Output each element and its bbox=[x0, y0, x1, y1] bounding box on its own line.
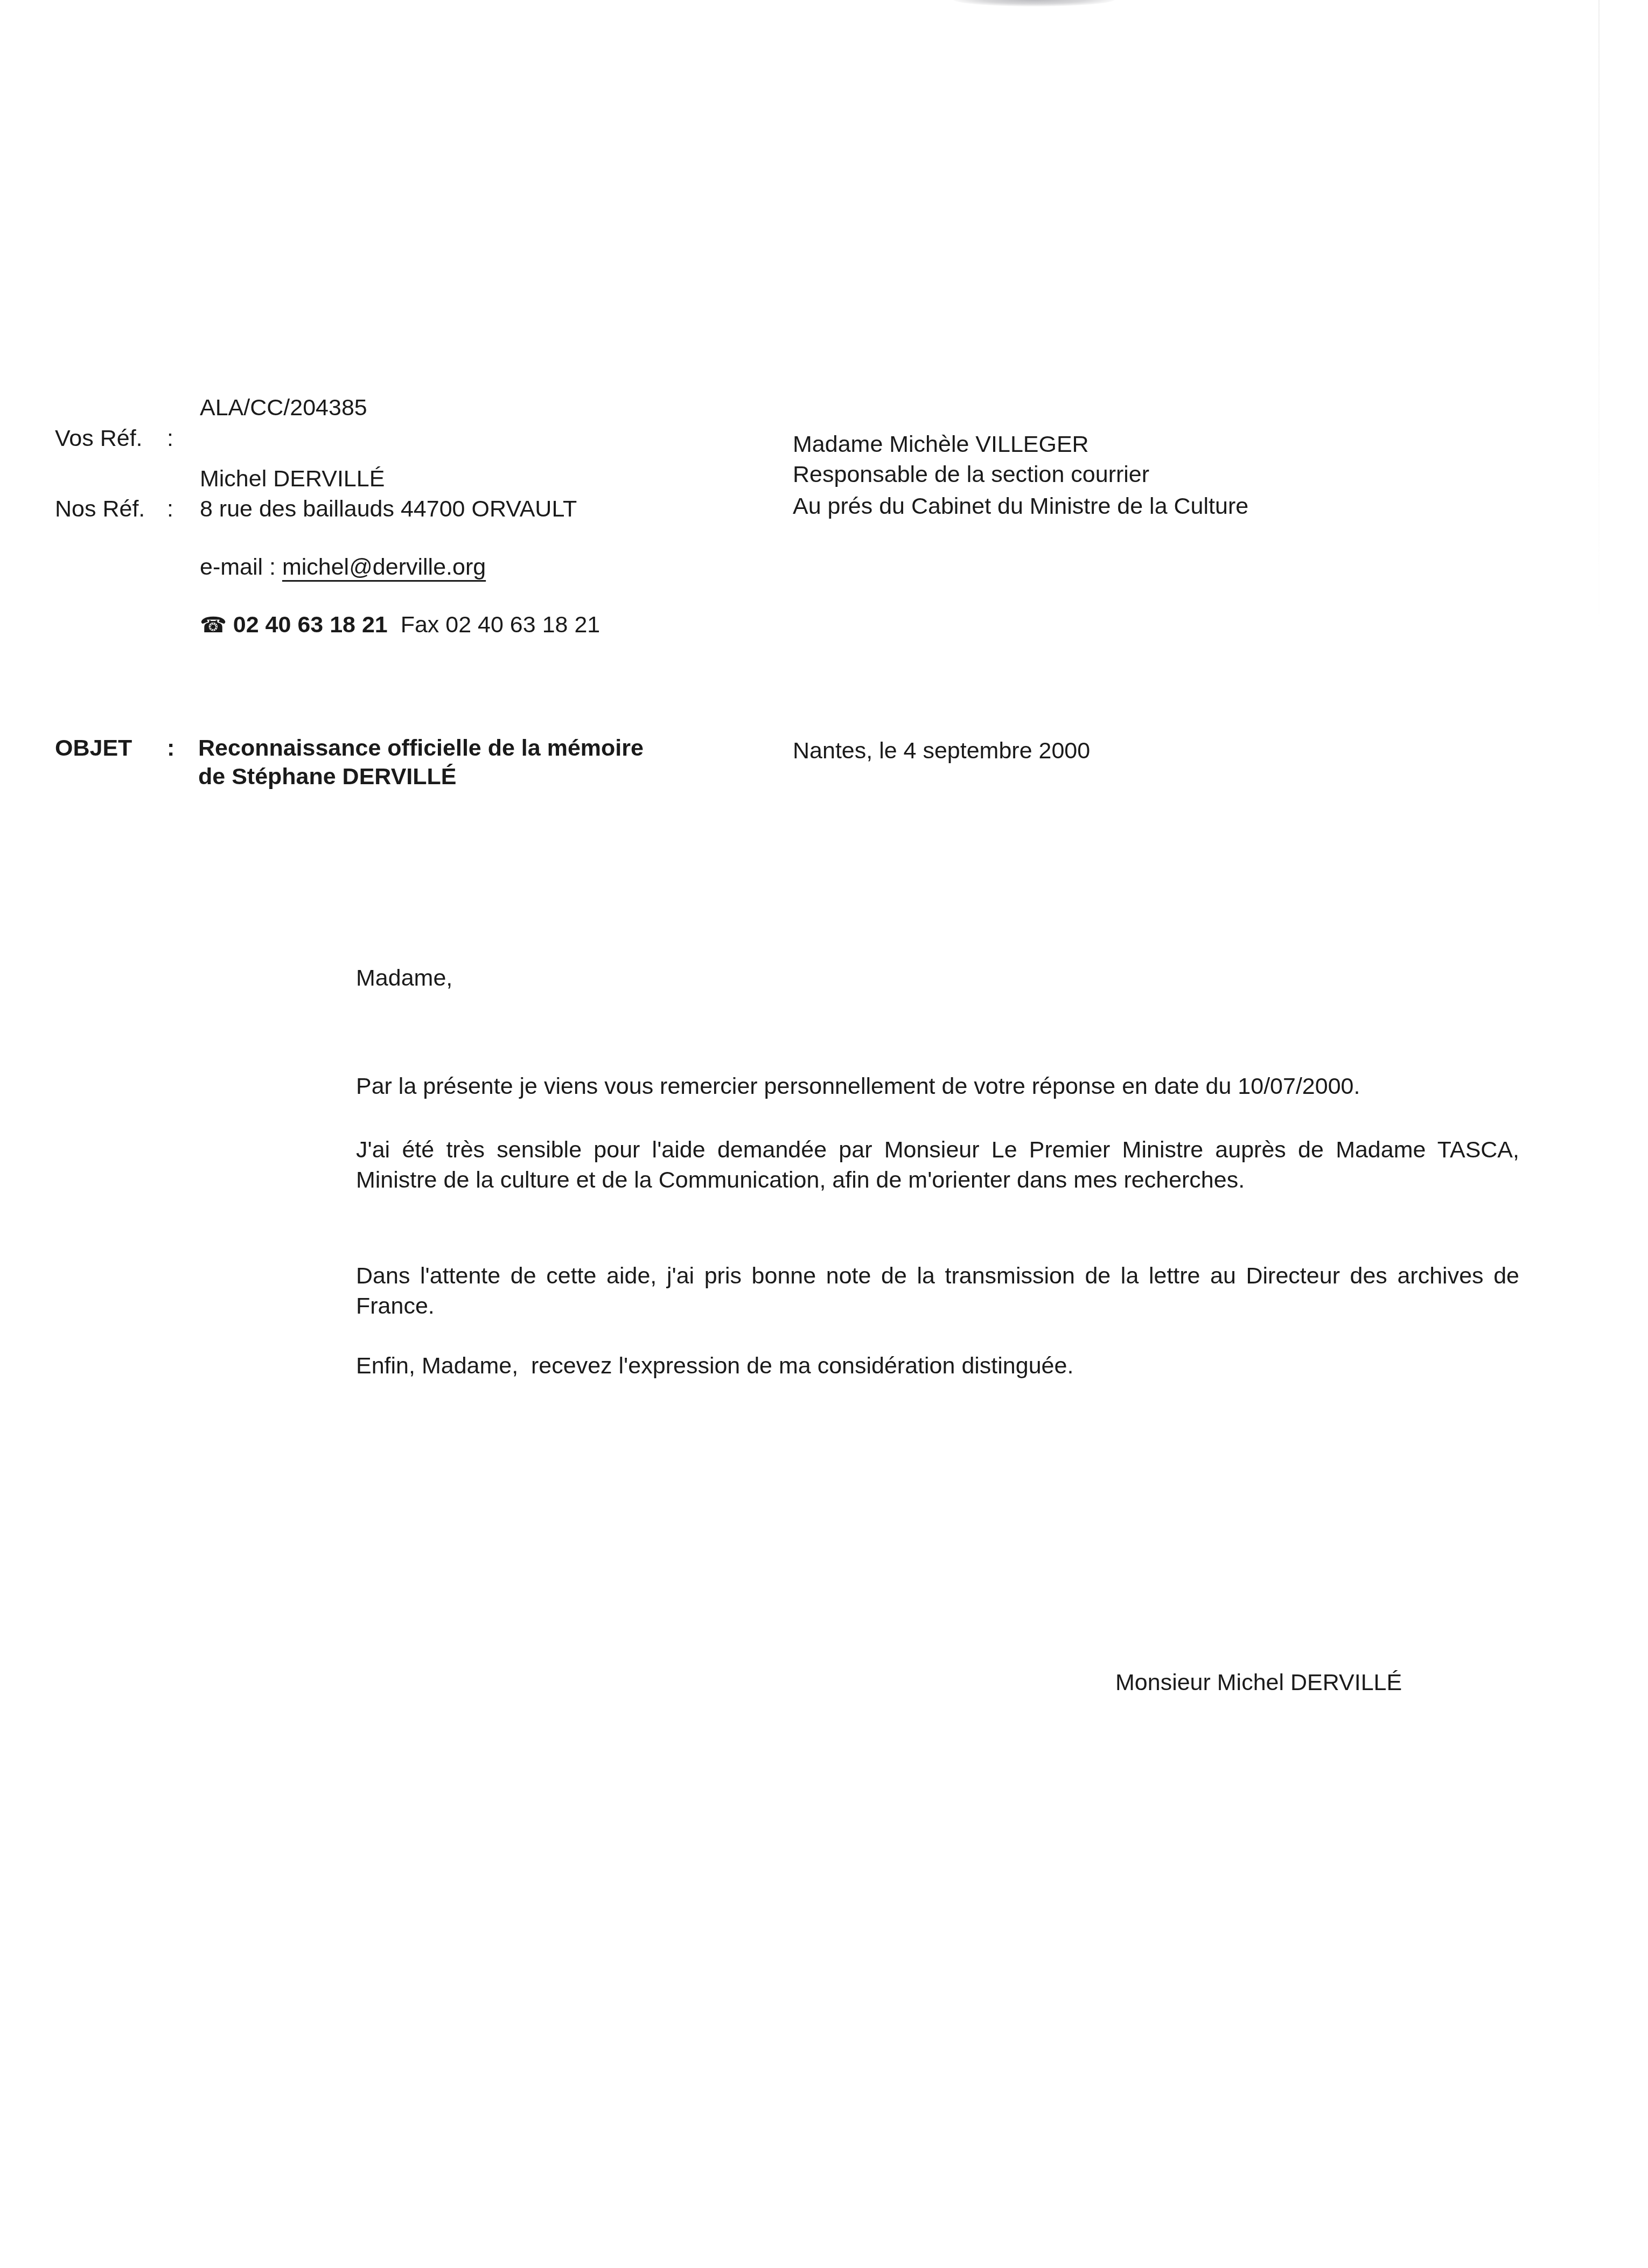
paragraph-3: Dans l'attente de cette aide, j'ai pris … bbox=[356, 1261, 1519, 1321]
sender-email-line: e-mail : michel@derville.org bbox=[200, 552, 486, 582]
signature: Monsieur Michel DERVILLÉ bbox=[1115, 1667, 1402, 1698]
fax-number: 02 40 63 18 21 bbox=[445, 612, 600, 638]
recipient-line-1: Madame Michèle VILLEGER bbox=[793, 429, 1089, 459]
nos-ref-label: Nos Réf. bbox=[55, 494, 145, 524]
recipient-line-2: Responsable de la section courrier bbox=[793, 459, 1149, 490]
subject-label: OBJET bbox=[55, 733, 132, 763]
scan-edge bbox=[1598, 0, 1600, 646]
vos-ref-colon: : bbox=[167, 423, 173, 453]
subject-line-2: de Stéphane DERVILLÉ bbox=[198, 762, 456, 792]
salutation: Madame, bbox=[356, 963, 452, 993]
phone-number: 02 40 63 18 21 bbox=[233, 612, 388, 638]
paragraph-2: J'ai été très sensible pour l'aide deman… bbox=[356, 1135, 1519, 1195]
paragraph-1: Par la présente je viens vous remercier … bbox=[356, 1071, 1519, 1101]
sender-name: Michel DERVILLÉ bbox=[200, 464, 385, 494]
recipient-line-3: Au prés du Cabinet du Ministre de la Cul… bbox=[793, 491, 1248, 521]
sender-phone-line: ☎02 40 63 18 21 Fax 02 40 63 18 21 bbox=[200, 610, 600, 640]
nos-ref-colon: : bbox=[167, 494, 173, 524]
sender-address: 8 rue des baillauds 44700 ORVAULT bbox=[200, 494, 577, 524]
subject-line-1: Reconnaissance officielle de la mémoire bbox=[198, 733, 644, 763]
telephone-icon: ☎ bbox=[200, 610, 227, 640]
vos-ref-label: Vos Réf. bbox=[55, 423, 143, 453]
scan-smudge bbox=[953, 0, 1115, 6]
vos-ref-value: ALA/CC/204385 bbox=[200, 393, 367, 423]
email-label: e-mail : bbox=[200, 554, 276, 580]
subject-colon: : bbox=[167, 733, 174, 763]
paragraph-4: Enfin, Madame, recevez l'expression de m… bbox=[356, 1351, 1519, 1381]
email-link[interactable]: michel@derville.org bbox=[282, 554, 486, 580]
fax-label: Fax bbox=[401, 612, 439, 638]
place-date: Nantes, le 4 septembre 2000 bbox=[793, 736, 1090, 766]
